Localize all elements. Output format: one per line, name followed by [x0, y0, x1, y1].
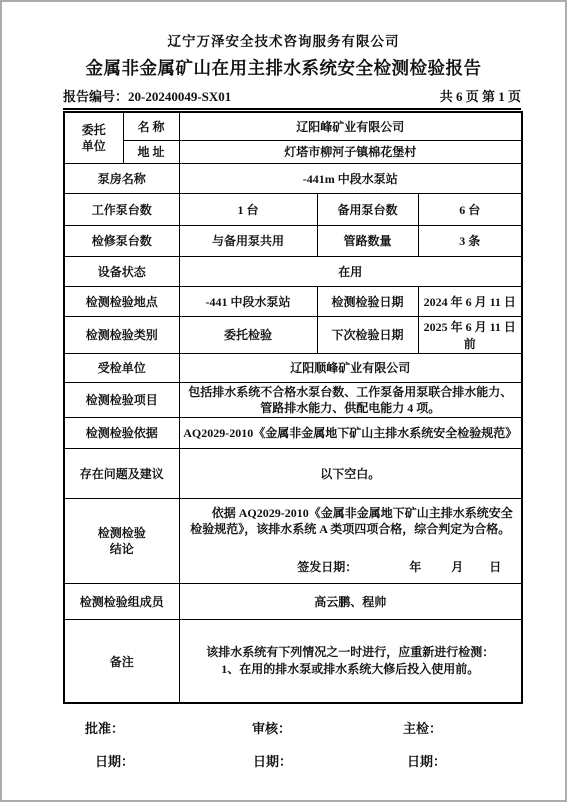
remark-label: 备注	[64, 619, 179, 703]
sign-day-label: 日	[489, 560, 501, 574]
table-row: 工作泵台数 1 台 备用泵台数 6 台	[64, 193, 522, 225]
table-row: 检修泵台数 与备用泵共用 管路数量 3 条	[64, 225, 522, 256]
inspected-unit-value: 辽阳顺峰矿业有限公司	[179, 353, 522, 382]
table-row: 设备状态 在用	[64, 256, 522, 286]
table-row: 检测检验项目 包括排水系统不合格水泵台数、工作泵备用泵联合排水能力、管路排水能力…	[64, 382, 522, 417]
review-label: 审核：	[252, 718, 403, 737]
items-value: 包括排水系统不合格水泵台数、工作泵备用泵联合排水能力、管路排水能力、供配电能力 …	[179, 382, 522, 417]
report-number-value: 20-20240049-SX01	[128, 89, 231, 104]
chief-date-label: 日期：	[407, 751, 521, 770]
chief-label: 主检：	[403, 718, 521, 737]
equipment-status-value: 在用	[179, 256, 522, 286]
signature-footer: 批准： 审核： 主检： 日期： 日期： 日期：	[63, 718, 521, 770]
working-pumps-label: 工作泵台数	[64, 193, 179, 225]
repair-pumps-label: 检修泵台数	[64, 225, 179, 256]
table-row: 委托 单位 名 称 辽阳峰矿业有限公司	[64, 112, 522, 140]
conclusion-cell: 依据 AQ2029-2010《金属非金属地下矿山主排水系统安全检验规范》，该排水…	[179, 498, 522, 583]
report-title: 金属非金属矿山在用主排水系统安全检测检验报告	[2, 55, 565, 80]
table-row: 检测检验地点 -441 中段水泵站 检测检验日期 2024 年 6 月 11 日	[64, 286, 522, 316]
report-number-label: 报告编号：	[63, 89, 128, 104]
inspected-unit-label: 受检单位	[64, 353, 179, 382]
location-label: 检测检验地点	[64, 286, 179, 316]
table-row: 泵房名称 -441m 中段水泵站	[64, 163, 522, 193]
client-group-label: 委托 单位	[64, 112, 123, 163]
pump-house-value: -441m 中段水泵站	[179, 163, 522, 193]
basis-value: AQ2029-2010《金属非金属地下矿山主排水系统安全检验规范》	[179, 417, 522, 448]
table-row: 检测检验 结论 依据 AQ2029-2010《金属非金属地下矿山主排水系统安全检…	[64, 498, 522, 583]
table-row: 存在问题及建议 以下空白。	[64, 448, 522, 498]
table-row: 检测检验类别 委托检验 下次检验日期 2025 年 6 月 11 日前	[64, 316, 522, 353]
team-value: 高云鹏、程帅	[179, 583, 522, 619]
problems-label: 存在问题及建议	[64, 448, 179, 498]
pipelines-value: 3 条	[418, 225, 522, 256]
items-label: 检测检验项目	[64, 382, 179, 417]
approve-date-label: 日期：	[95, 751, 252, 770]
inspection-type-label: 检测检验类别	[64, 316, 179, 353]
table-row: 地 址 灯塔市柳河子镇棉花堡村	[64, 140, 522, 163]
inspection-type-value: 委托检验	[179, 316, 317, 353]
inspection-table: 委托 单位 名 称 辽阳峰矿业有限公司 地 址 灯塔市柳河子镇棉花堡村 泵房名称…	[63, 111, 523, 704]
sign-date-label: 签发日期：	[297, 560, 357, 574]
client-name-label: 名 称	[123, 112, 179, 140]
sign-year-label: 年	[409, 560, 421, 574]
inspection-date-label: 检测检验日期	[317, 286, 418, 316]
report-number: 报告编号：20-20240049-SX01	[63, 86, 231, 105]
pump-house-label: 泵房名称	[64, 163, 179, 193]
conclusion-label: 检测检验 结论	[64, 498, 179, 583]
remark-cell: 该排水系统有下列情况之一时进行，应重新进行检测： 1、在用的排水泵或排水系统大修…	[179, 619, 522, 703]
equipment-status-label: 设备状态	[64, 256, 179, 286]
signature-row: 批准： 审核： 主检：	[63, 718, 521, 737]
review-date-label: 日期：	[253, 751, 403, 770]
remark-line2: 1、在用的排水泵或排水系统大修后投入使用前。	[183, 661, 519, 678]
company-name: 辽宁万泽安全技术咨询服务有限公司	[2, 30, 565, 50]
table-row: 受检单位 辽阳顺峰矿业有限公司	[64, 353, 522, 382]
page-count: 共 6 页 第 1 页	[440, 86, 521, 105]
approve-label: 批准：	[85, 718, 252, 737]
date-row: 日期： 日期： 日期：	[63, 751, 521, 770]
client-addr-label: 地 址	[123, 140, 179, 163]
next-date-label: 下次检验日期	[317, 316, 418, 353]
inspection-date-value: 2024 年 6 月 11 日	[418, 286, 522, 316]
remark-line1: 该排水系统有下列情况之一时进行，应重新进行检测：	[183, 644, 519, 661]
repair-pumps-value: 与备用泵共用	[179, 225, 317, 256]
basis-label: 检测检验依据	[64, 417, 179, 448]
client-addr-value: 灯塔市柳河子镇棉花堡村	[179, 140, 522, 163]
report-number-line: 报告编号：20-20240049-SX01 共 6 页 第 1 页	[63, 86, 521, 110]
next-date-value: 2025 年 6 月 11 日前	[418, 316, 522, 353]
table-row: 检测检验依据 AQ2029-2010《金属非金属地下矿山主排水系统安全检验规范》	[64, 417, 522, 448]
table-row: 备注 该排水系统有下列情况之一时进行，应重新进行检测： 1、在用的排水泵或排水系…	[64, 619, 522, 703]
table-row: 检测检验组成员 高云鹏、程帅	[64, 583, 522, 619]
report-page: 辽宁万泽安全技术咨询服务有限公司 金属非金属矿山在用主排水系统安全检测检验报告 …	[0, 0, 567, 802]
working-pumps-value: 1 台	[179, 193, 317, 225]
backup-pumps-label: 备用泵台数	[317, 193, 418, 225]
location-value: -441 中段水泵站	[179, 286, 317, 316]
report-content: 报告编号：20-20240049-SX01 共 6 页 第 1 页 委托 单位 …	[63, 86, 521, 770]
backup-pumps-value: 6 台	[418, 193, 522, 225]
team-label: 检测检验组成员	[64, 583, 179, 619]
sign-month-label: 月	[451, 560, 463, 574]
problems-value: 以下空白。	[179, 448, 522, 498]
sign-date-line: 签发日期：年月日	[183, 560, 519, 576]
report-header: 辽宁万泽安全技术咨询服务有限公司 金属非金属矿山在用主排水系统安全检测检验报告	[2, 2, 565, 80]
pipelines-label: 管路数量	[317, 225, 418, 256]
conclusion-text: 依据 AQ2029-2010《金属非金属地下矿山主排水系统安全检验规范》，该排水…	[183, 506, 519, 537]
client-name-value: 辽阳峰矿业有限公司	[179, 112, 522, 140]
